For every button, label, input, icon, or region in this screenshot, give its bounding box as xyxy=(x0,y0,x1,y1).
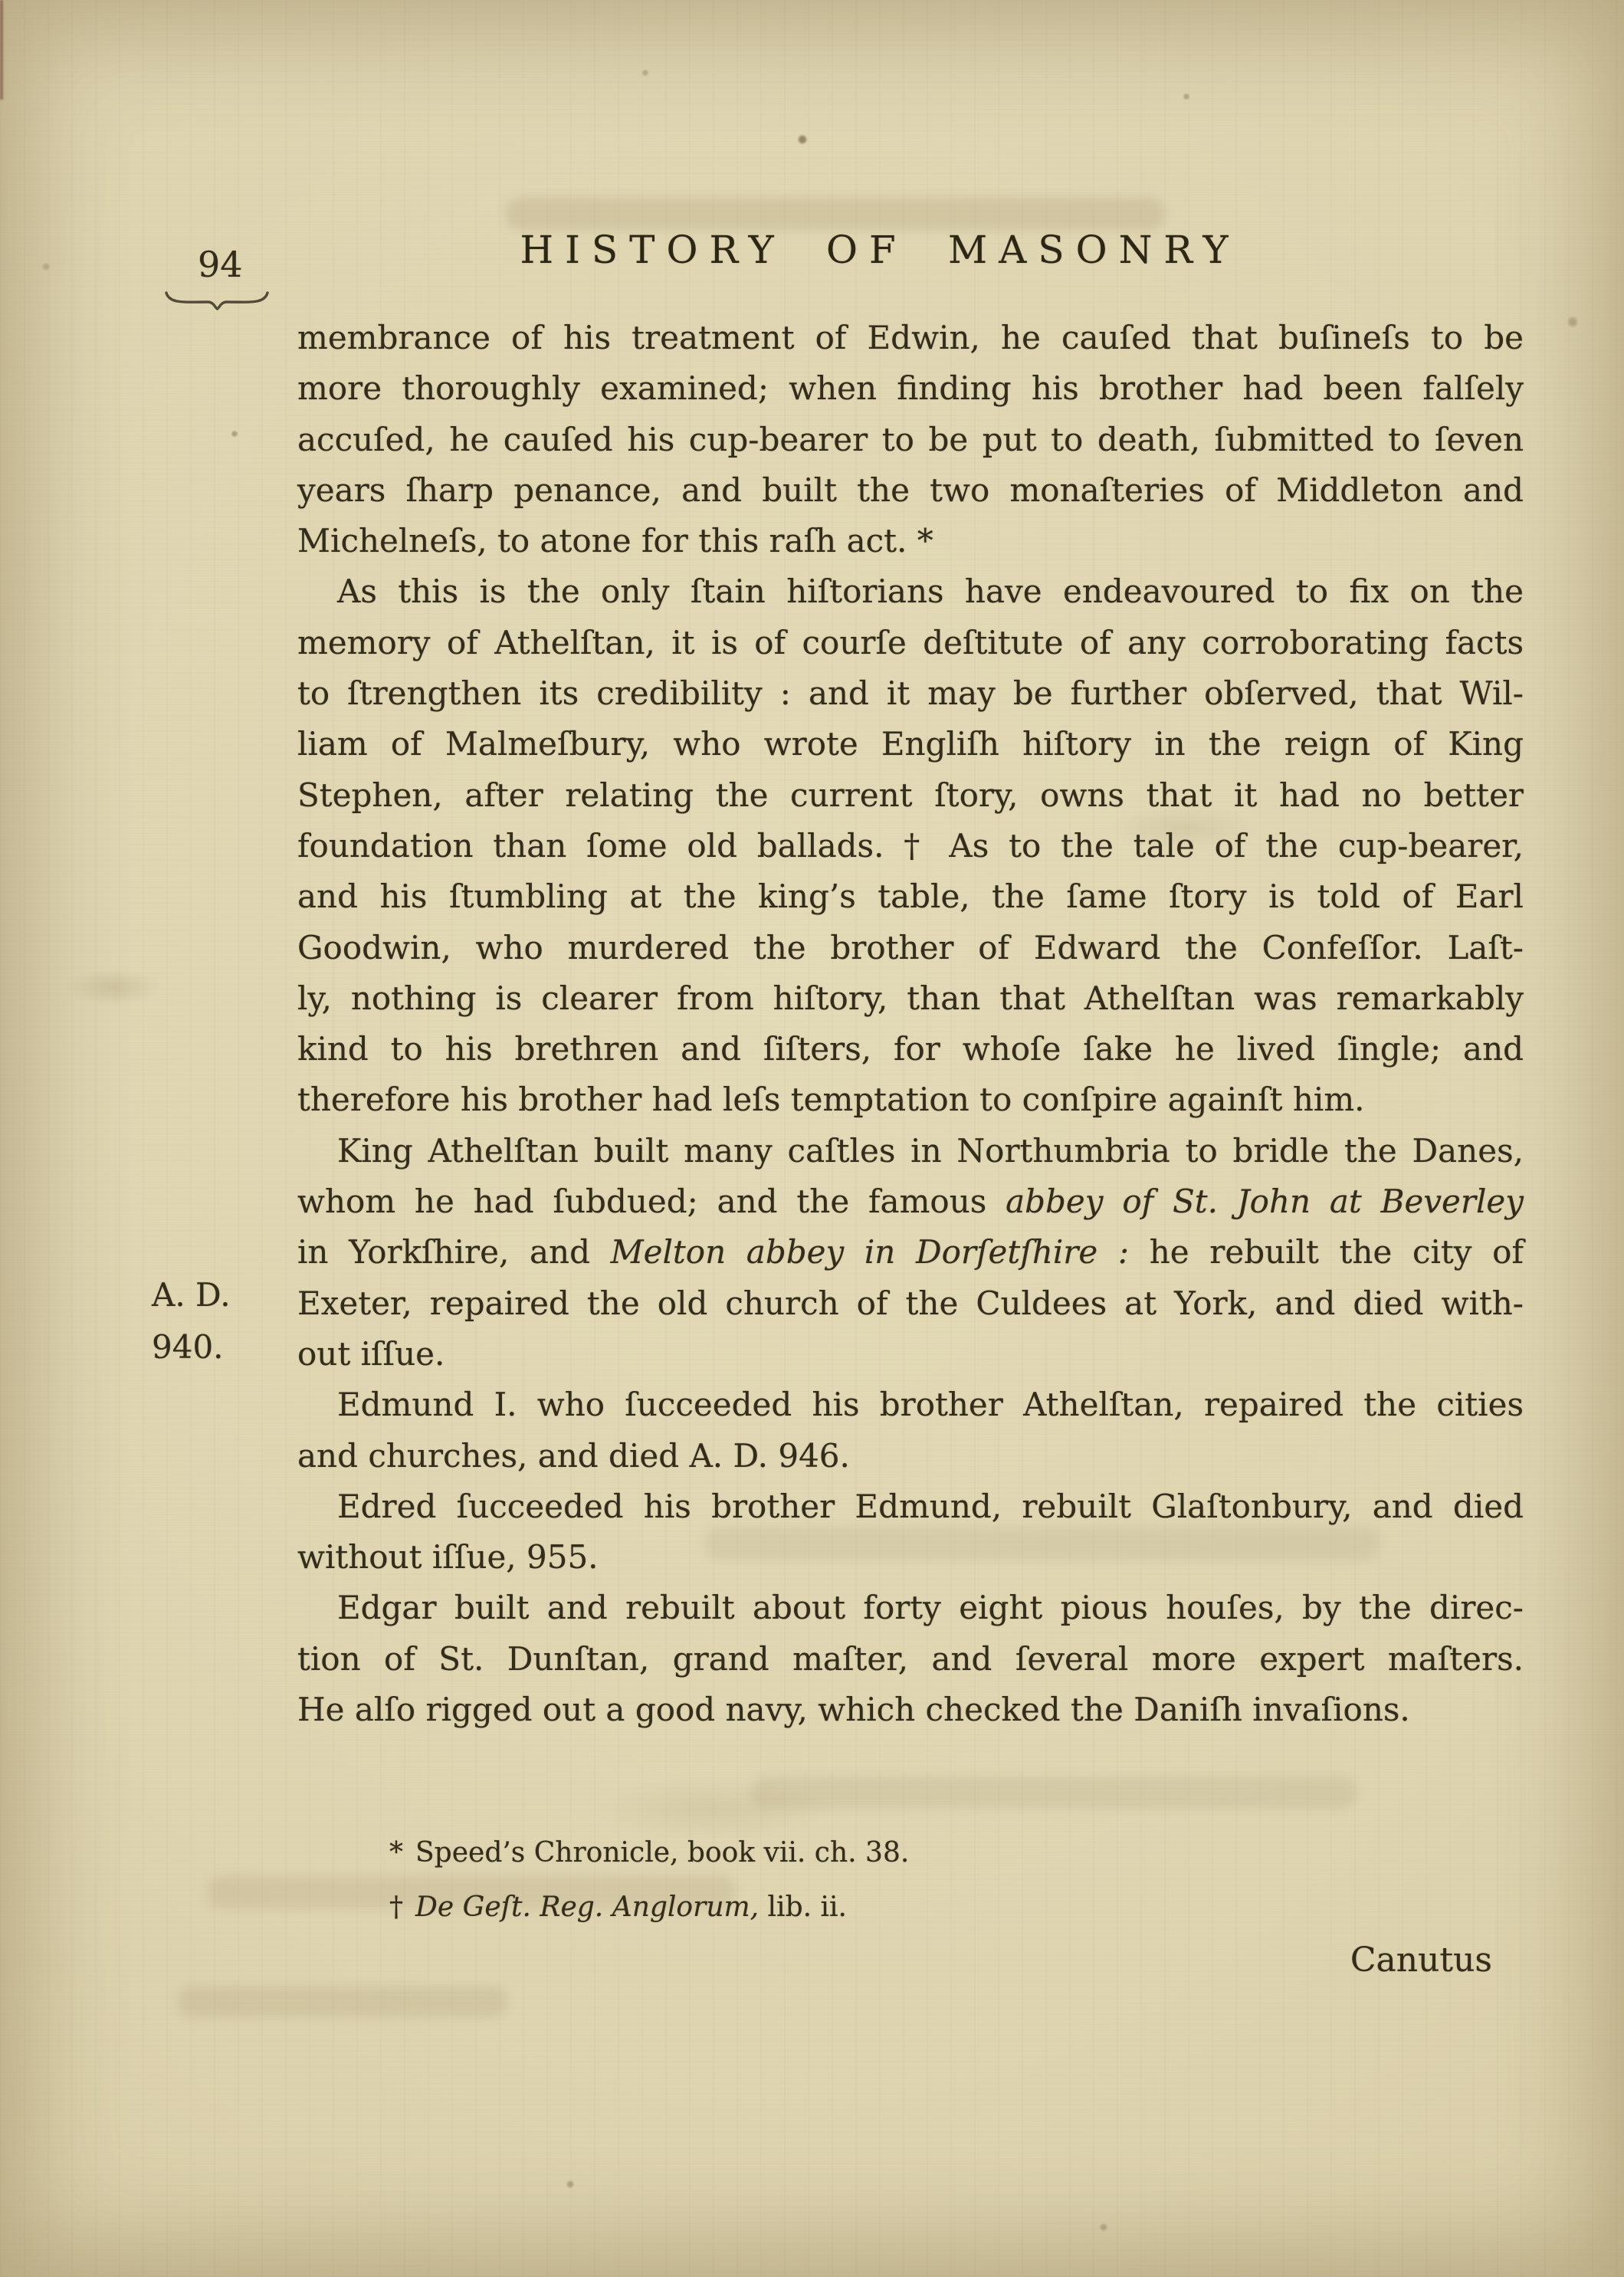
scan-edge-artifact xyxy=(0,0,3,100)
running-header: HISTORY OF MASONRY xyxy=(497,228,1263,272)
text-line: in Yorkſhire, and Melton abbey in Dorſet… xyxy=(297,1227,1524,1278)
footnote-text: lib. ii. xyxy=(768,1891,847,1923)
text-line: memory of Athelſtan, it is of courſe deſ… xyxy=(297,618,1524,668)
text-run: whom he had ſubdued; and the famous xyxy=(297,1183,986,1220)
text-line: whom he had ſubdued; and the famous abbe… xyxy=(297,1176,1524,1227)
paragraph: Edmund I. who ſucceeded his brother Athe… xyxy=(297,1380,1524,1481)
text-line: to ſtrengthen its credibility : and it m… xyxy=(297,668,1524,719)
text-line: kind to his brethren and ſiſters, for wh… xyxy=(297,1024,1524,1075)
footnote-asterisk-marker: * xyxy=(389,1826,403,1880)
text-run-italic: abbey of St. John at Beverley xyxy=(1006,1183,1524,1220)
text-line: Stephen, after relating the current ſtor… xyxy=(297,770,1524,821)
footnote-text-italic: De Geſt. Reg. Anglorum, xyxy=(415,1891,759,1923)
footnote-text: Speed’s Chronicle, book vii. ch. 38. xyxy=(415,1837,909,1869)
margin-date-note: A. D. 940. xyxy=(152,1269,274,1373)
text-line: foundation than ſome old ballads. † As t… xyxy=(297,821,1524,871)
text-line: out iſſue. xyxy=(297,1329,1524,1380)
paragraph: As this is the only ſtain hiſtorians hav… xyxy=(297,566,1524,1125)
text-line: without iſſue, 955. xyxy=(297,1532,1524,1583)
text-line: liam of Malmeſbury, who wrote Engliſh hi… xyxy=(297,719,1524,769)
text-line: Edred ſucceeded his brother Edmund, rebu… xyxy=(297,1481,1524,1532)
paragraph: membrance of his treatment of Edwin, he … xyxy=(297,313,1524,566)
text-line: He alſo rigged out a good navy, which ch… xyxy=(297,1685,1524,1735)
text-line: tion of St. Dunſtan, grand maſter, and ſ… xyxy=(297,1634,1524,1685)
text-line: Exeter, repaired the old church of the C… xyxy=(297,1278,1524,1329)
text-line: King Athelſtan built many caſtles in Nor… xyxy=(297,1126,1524,1176)
body-text: membrance of his treatment of Edwin, he … xyxy=(297,313,1524,1735)
text-line: Edmund I. who ſucceeded his brother Athe… xyxy=(297,1380,1524,1430)
page-number-brace xyxy=(163,290,271,313)
footnote: †De Geſt. Reg. Anglorum, lib. ii. xyxy=(389,1880,1386,1934)
text-line: accuſed, he cauſed his cup-bearer to be … xyxy=(297,415,1524,465)
catchword: Canutus xyxy=(1350,1941,1492,1980)
book-page: HISTORY OF MASONRY 94 A. D. 940. membran… xyxy=(0,0,1624,2277)
text-line: and his ſtumbling at the king’s table, t… xyxy=(297,871,1524,922)
verso-bleedthrough xyxy=(751,1777,1357,1809)
text-line: ly, nothing is clearer from hiſtory, tha… xyxy=(297,973,1524,1024)
paragraph: King Athelſtan built many caſtles in Nor… xyxy=(297,1126,1524,1380)
verso-bleedthrough xyxy=(506,198,1165,230)
text-line: therefore his brother had leſs temptatio… xyxy=(297,1075,1524,1125)
text-line: Michelneſs, to atone for this raſh act. … xyxy=(297,516,1524,566)
page-number: 94 xyxy=(198,244,243,285)
footnote-dagger-marker: † xyxy=(389,1880,403,1934)
text-line: membrance of his treatment of Edwin, he … xyxy=(297,313,1524,363)
paragraph: Edgar built and rebuilt about forty eigh… xyxy=(297,1583,1524,1735)
verso-bleedthrough xyxy=(178,1987,507,2017)
footnote: *Speed’s Chronicle, book vii. ch. 38. xyxy=(389,1826,1386,1880)
text-line: As this is the only ſtain hiſtorians hav… xyxy=(297,566,1524,617)
paragraph: Edred ſucceeded his brother Edmund, rebu… xyxy=(297,1481,1524,1583)
text-line: more thoroughly examined; when finding h… xyxy=(297,363,1524,414)
text-line: and churches, and died A. D. 946. xyxy=(297,1431,1524,1481)
footnotes: *Speed’s Chronicle, book vii. ch. 38. †D… xyxy=(389,1826,1386,1934)
text-line: Goodwin, who murdered the brother of Edw… xyxy=(297,923,1524,973)
margin-note-line: A. D. xyxy=(152,1269,274,1321)
margin-note-line: 940. xyxy=(152,1321,274,1373)
text-line: Edgar built and rebuilt about forty eigh… xyxy=(297,1583,1524,1633)
text-run: in Yorkſhire, and xyxy=(297,1233,590,1271)
text-run-italic: Melton abbey in Dorſetſhire : xyxy=(611,1233,1129,1271)
text-line: years ſharp penance, and built the two m… xyxy=(297,465,1524,516)
text-run: he rebuilt the city of xyxy=(1150,1233,1524,1271)
